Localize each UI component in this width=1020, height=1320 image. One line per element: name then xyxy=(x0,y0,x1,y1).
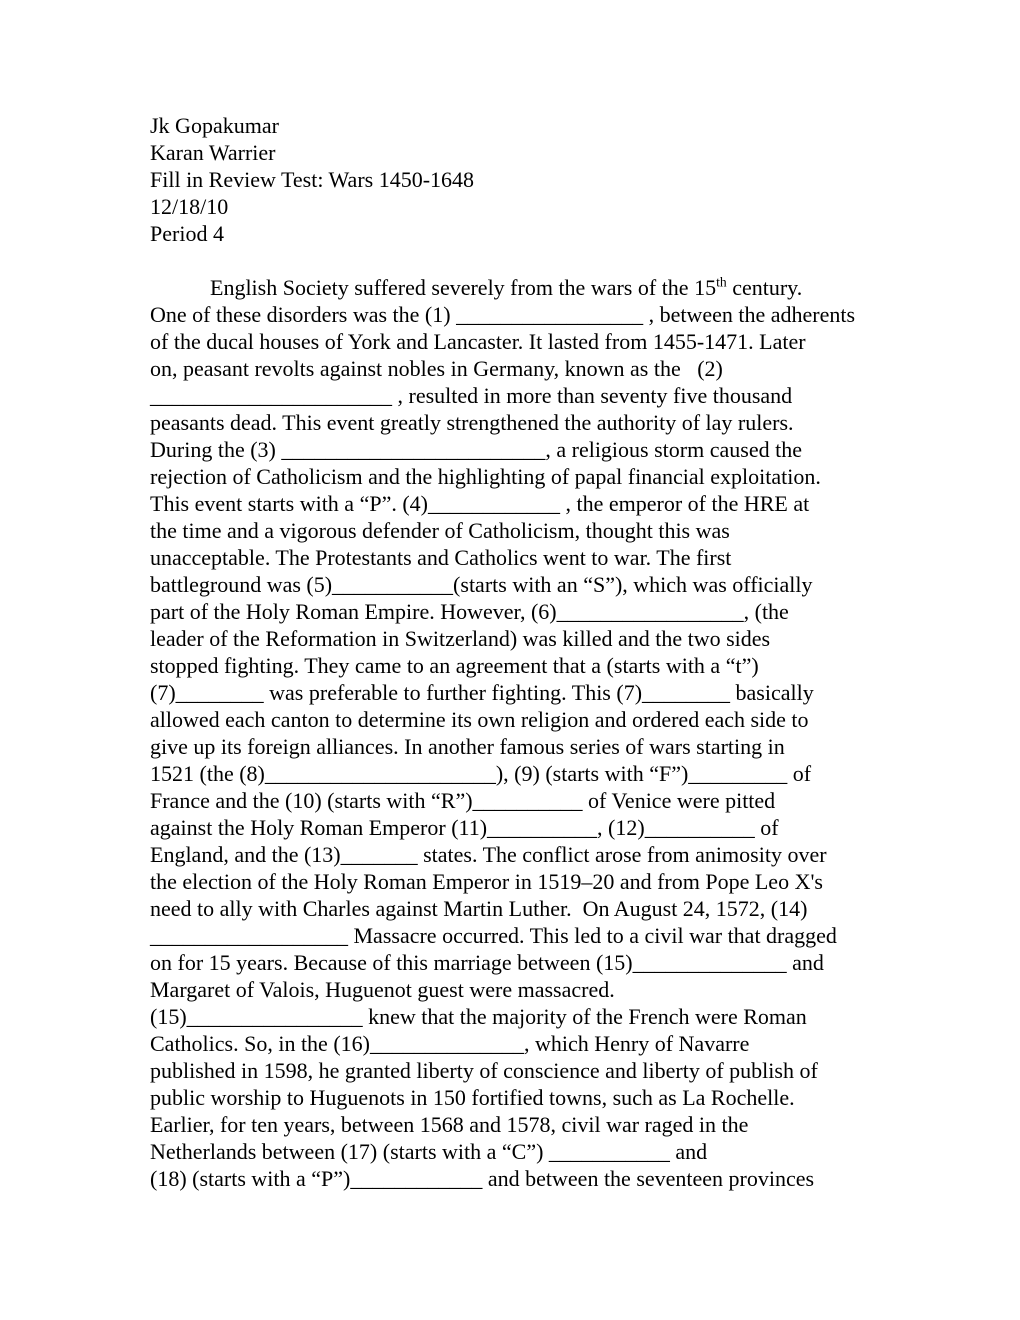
body-line: give up its foreign alliances. In anothe… xyxy=(150,733,874,760)
body-line: on for 15 years. Because of this marriag… xyxy=(150,949,874,976)
body-line: Earlier, for ten years, between 1568 and… xyxy=(150,1111,874,1138)
body-line: Netherlands between (17) (starts with a … xyxy=(150,1138,874,1165)
body-line: During the (3) ________________________,… xyxy=(150,436,874,463)
body-line: on, peasant revolts against nobles in Ge… xyxy=(150,355,874,382)
body-line: __________________ Massacre occurred. Th… xyxy=(150,922,874,949)
header-line: Karan Warrier xyxy=(150,139,874,166)
header-line: Fill in Review Test: Wars 1450-1648 xyxy=(150,166,874,193)
body-line: 1521 (the (8)_____________________), (9)… xyxy=(150,760,874,787)
document-header: Jk GopakumarKaran WarrierFill in Review … xyxy=(150,112,874,247)
document-page: Jk GopakumarKaran WarrierFill in Review … xyxy=(0,0,1020,1320)
body-line: public worship to Huguenots in 150 forti… xyxy=(150,1084,874,1111)
header-line: Period 4 xyxy=(150,220,874,247)
body-line: allowed each canton to determine its own… xyxy=(150,706,874,733)
body-line: ______________________ , resulted in mor… xyxy=(150,382,874,409)
body-line: against the Holy Roman Emperor (11)_____… xyxy=(150,814,874,841)
body-line: unacceptable. The Protestants and Cathol… xyxy=(150,544,874,571)
body-line: leader of the Reformation in Switzerland… xyxy=(150,625,874,652)
body-line: rejection of Catholicism and the highlig… xyxy=(150,463,874,490)
body-line: Catholics. So, in the (16)______________… xyxy=(150,1030,874,1057)
body-line: This event starts with a “P”. (4)_______… xyxy=(150,490,874,517)
body-line: (7)________ was preferable to further fi… xyxy=(150,679,874,706)
body-line: One of these disorders was the (1) _____… xyxy=(150,301,874,328)
document-content: Jk GopakumarKaran WarrierFill in Review … xyxy=(150,112,874,1192)
body-line: published in 1598, he granted liberty of… xyxy=(150,1057,874,1084)
body-line: the time and a vigorous defender of Cath… xyxy=(150,517,874,544)
body-line: France and the (10) (starts with “R”)___… xyxy=(150,787,874,814)
superscript-text: th xyxy=(716,275,727,290)
header-line: Jk Gopakumar xyxy=(150,112,874,139)
body-line: (15)________________ knew that the major… xyxy=(150,1003,874,1030)
body-line: stopped fighting. They came to an agreem… xyxy=(150,652,874,679)
body-line: English Society suffered severely from t… xyxy=(150,274,874,301)
body-line: of the ducal houses of York and Lancaste… xyxy=(150,328,874,355)
body-line: Margaret of Valois, Huguenot guest were … xyxy=(150,976,874,1003)
document-body-paragraph: English Society suffered severely from t… xyxy=(150,274,874,1192)
body-line: (18) (starts with a “P”)____________ and… xyxy=(150,1165,874,1192)
body-line: need to ally with Charles against Martin… xyxy=(150,895,874,922)
body-line: peasants dead. This event greatly streng… xyxy=(150,409,874,436)
body-line: the election of the Holy Roman Emperor i… xyxy=(150,868,874,895)
body-line: battleground was (5)___________(starts w… xyxy=(150,571,874,598)
body-line: England, and the (13)_______ states. The… xyxy=(150,841,874,868)
header-line: 12/18/10 xyxy=(150,193,874,220)
body-line: part of the Holy Roman Empire. However, … xyxy=(150,598,874,625)
